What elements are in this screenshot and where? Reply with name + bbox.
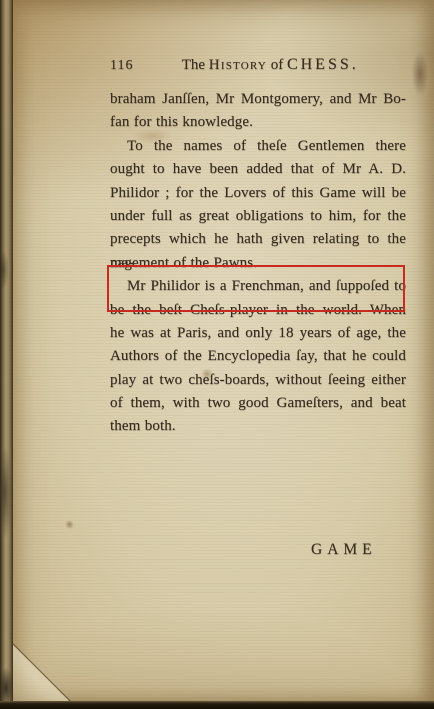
text-line: Authors of the Encyclopedia ſay, that he…	[110, 345, 406, 368]
text-line: fan for this knowledge.	[110, 111, 406, 134]
text-line: he was at Paris, and only 18 years of ag…	[110, 322, 406, 345]
text-line: them both.	[110, 415, 406, 438]
running-title: The History of CHESS.	[133, 56, 407, 74]
binding-stain	[0, 445, 12, 540]
text-line: play at two cheſs-boards, without ſeeing…	[110, 369, 406, 392]
binding-stain	[0, 250, 9, 290]
page-corner-crease	[13, 643, 71, 701]
catchword: GAME	[311, 541, 377, 559]
text-line: Mr Philidor is a Frenchman, and ſuppoſed…	[110, 275, 406, 298]
paper-smudge	[411, 50, 429, 98]
text-line: of them, with two good Gameſters, and be…	[110, 392, 406, 415]
text-line: braham Janſſen, Mr Montgomery, and Mr Bo…	[110, 88, 406, 111]
text-line: be the beſt Cheſs-player in the world. W…	[110, 299, 406, 322]
page-number: 116	[110, 58, 133, 74]
paper-smudge	[65, 520, 74, 529]
book-scan: 116 The History of CHESS. braham Janſſen…	[0, 0, 434, 709]
text-line: To the names of theſe Gentlemen there	[110, 135, 406, 158]
text-line: ought to have been added that of Mr A. D…	[110, 158, 406, 181]
body-text: braham Janſſen, Mr Montgomery, and Mr Bo…	[110, 88, 406, 439]
text-line: precepts which he hath given relating to…	[110, 228, 406, 251]
text-line: nagement of the Pawns.	[110, 252, 406, 275]
text-line: Philidor ; for the Lovers of this Game w…	[110, 182, 406, 205]
scan-bottom-edge	[0, 701, 434, 709]
page-header: 116 The History of CHESS.	[110, 56, 407, 74]
text-line: under full as great obligations to him, …	[110, 205, 406, 228]
binding-edge	[0, 0, 13, 701]
